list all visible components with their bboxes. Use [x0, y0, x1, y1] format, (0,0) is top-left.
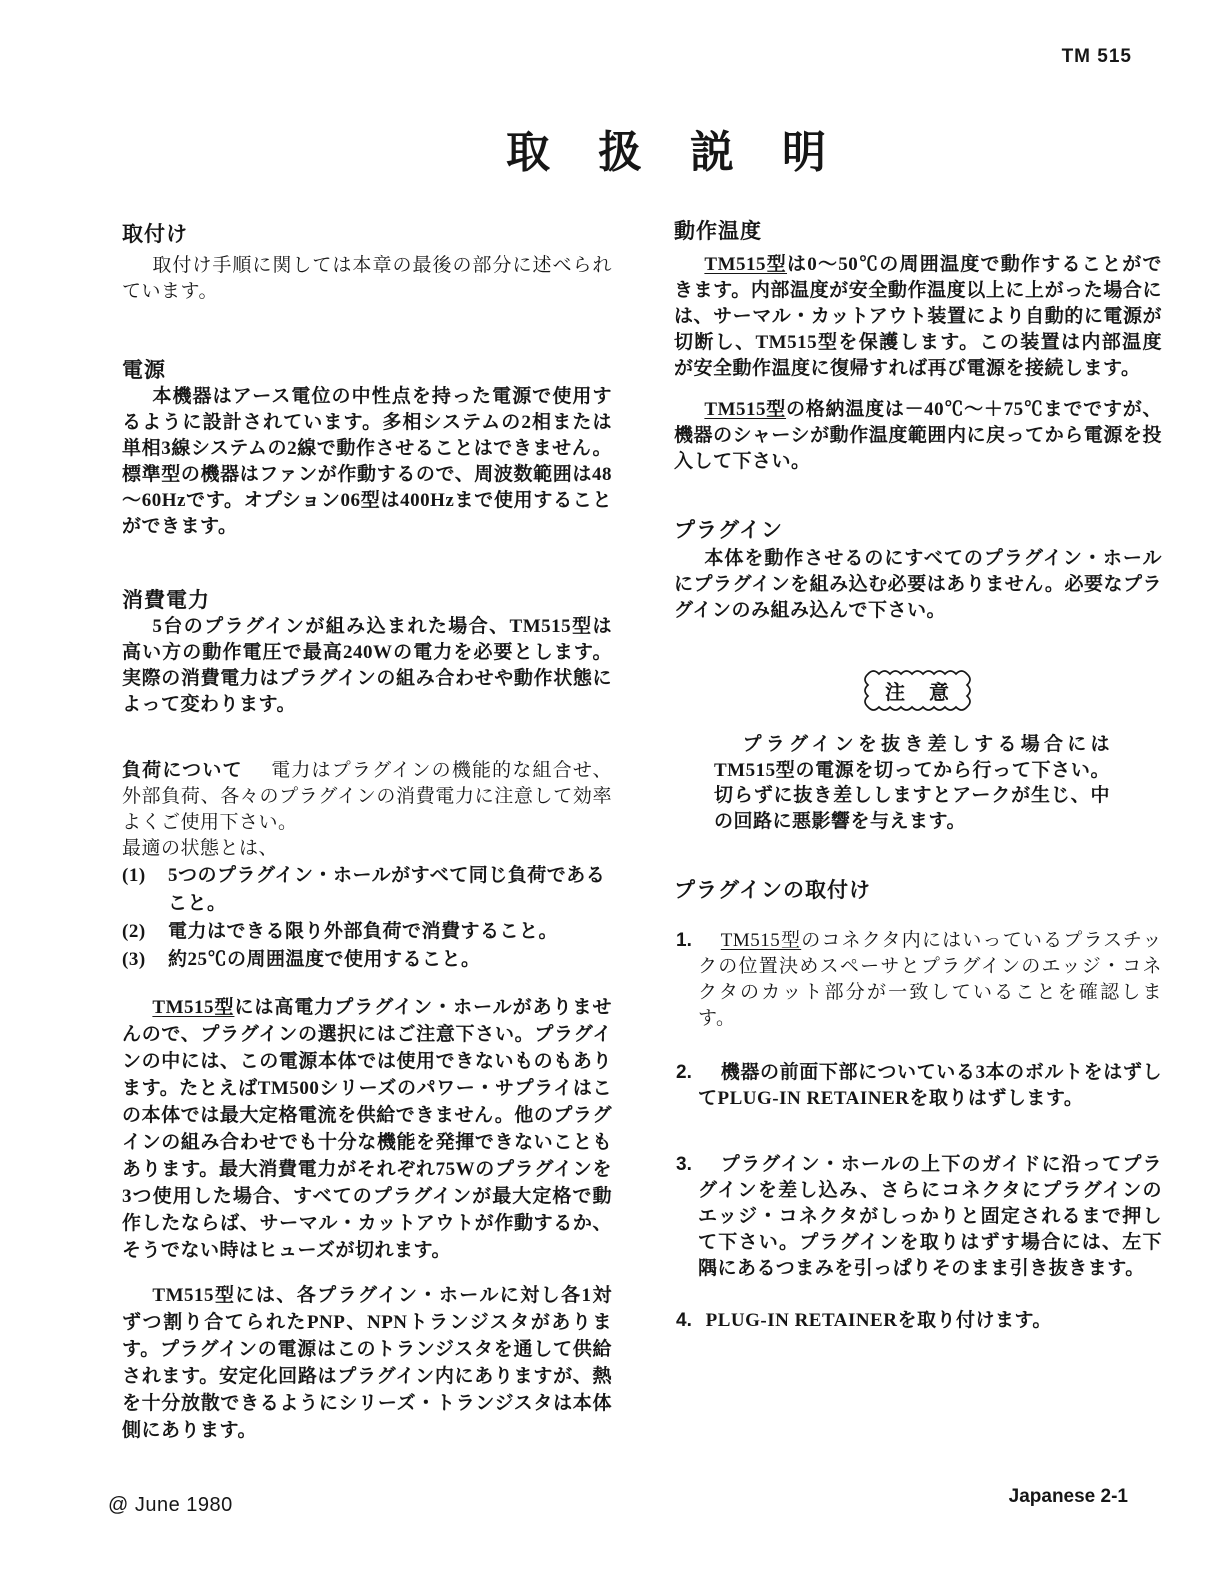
section-load: 負荷について電力はプラグインの機能的な組合せ、外部負荷、各々のプラグインの消費電…	[122, 758, 612, 974]
doc-number: TM 515	[1062, 46, 1132, 68]
step-number: 1.	[676, 928, 692, 954]
step-number: 2.	[676, 1060, 692, 1086]
paragraph-storage-temperature: TM515型の格納温度は－40℃～＋75℃までですが、機器のシャーシが動作温度範…	[674, 397, 1162, 475]
manual-page: TM 515 取 扱 説 明 取付け 取付け手順に関しては本章の最後の部分に述べ…	[0, 0, 1222, 1582]
list-item-number: (3)	[122, 946, 168, 974]
step-text: 機器の前面下部についている3本のボルトをはずしてPLUG-IN RETAINER…	[698, 1060, 1162, 1112]
section-heading-consumption: 消費電力	[122, 588, 612, 614]
install-step-3: 3. プラグイン・ホールの上下のガイドに沿ってプラグインを差し込み、さらにコネク…	[674, 1152, 1162, 1282]
step-text: PLUG-IN RETAINERを取り付けます。	[698, 1308, 1162, 1334]
left-column: 取付け 取付け手順に関しては本章の最後の部分に述べられています。 電源 本機器は…	[122, 222, 612, 1444]
step-text: プラグイン・ホールの上下のガイドに沿ってプラグインを差し込み、さらにコネクタにプ…	[698, 1152, 1162, 1282]
paragraph-consumption: 5台のプラグインが組み込まれた場合、TM515型は高い方の動作電圧で最高240W…	[122, 614, 612, 718]
install-step-4: 4. PLUG-IN RETAINERを取り付けます。	[674, 1308, 1162, 1334]
section-heading-plugin: プラグイン	[674, 518, 1162, 544]
section-heading-plugin-installation: プラグインの取付け	[674, 878, 1162, 904]
step-number: 3.	[676, 1152, 692, 1178]
list-item: (1) 5つのプラグイン・ホールがすべて同じ負荷であること。	[122, 862, 612, 918]
caution-label: 注 意	[860, 664, 976, 714]
section-plugin-installation: プラグインの取付け 1. TM515型のコネクタ内にはいっているプラスチックの位…	[674, 878, 1162, 1334]
section-consumption: 消費電力 5台のプラグインが組み込まれた場合、TM515型は高い方の動作電圧で最…	[122, 588, 612, 718]
paragraph-text: には高電力プラグイン・ホールがありませんので、プラグインの選択にはご注意下さい。…	[122, 997, 612, 1261]
list-item-number: (1)	[122, 862, 168, 918]
load-condition-list: (1) 5つのプラグイン・ホールがすべて同じ負荷であること。 (2) 電力はでき…	[122, 862, 612, 974]
footer-date: @ June 1980	[108, 1494, 233, 1517]
section-heading-operating-temperature: 動作温度	[674, 219, 1162, 245]
section-heading-power: 電源	[122, 358, 612, 384]
list-item-text: 約25℃の周囲温度で使用すること。	[168, 946, 612, 974]
paragraph-operating-temperature: TM515型は0～50℃の周囲温度で動作することができます。内部温度が安全動作温…	[674, 252, 1162, 382]
page-title: 取 扱 説 明	[506, 116, 828, 180]
section-plugin: プラグイン 本体を動作させるのにすべてのプラグイン・ホールにプラグインを組み込む…	[674, 518, 1162, 624]
section-heading-mounting: 取付け	[122, 222, 612, 248]
list-item: (2) 電力はできる限り外部負荷で消費すること。	[122, 918, 612, 946]
install-step-1: 1. TM515型のコネクタ内にはいっているプラスチックの位置決めスペーサとプラ…	[674, 928, 1162, 1032]
caution-box: 注 意	[860, 664, 976, 714]
section-power: 電源 本機器はアース電位の中性点を持った電源で使用するように設計されています。多…	[122, 358, 612, 540]
footer-page-number: Japanese 2-1	[1009, 1486, 1128, 1508]
install-step-2: 2. 機器の前面下部についている3本のボルトをはずしてPLUG-IN RETAI…	[674, 1060, 1162, 1112]
runin-heading-load: 負荷について	[122, 760, 243, 781]
paragraph-load-intro: 最適の状態とは、	[122, 836, 612, 862]
paragraph-caution: プラグインを抜き差しする場合にはTM515型の電源を切ってから行って下さい。切ら…	[714, 732, 1110, 834]
section-operating-temperature: 動作温度 TM515型は0～50℃の周囲温度で動作することができます。内部温度が…	[674, 219, 1162, 475]
right-column: 動作温度 TM515型は0～50℃の周囲温度で動作することができます。内部温度が…	[674, 219, 1162, 1334]
list-item-text: 5つのプラグイン・ホールがすべて同じ負荷であること。	[168, 862, 612, 918]
paragraph-transistors: TM515型には、各プラグイン・ホールに対し各1対ずつ割り合てられたPNP、NP…	[122, 1282, 612, 1444]
paragraph-load: 負荷について電力はプラグインの機能的な組合せ、外部負荷、各々のプラグインの消費電…	[122, 758, 612, 836]
step-text: TM515型のコネクタ内にはいっているプラスチックの位置決めスペーサとプラグイン…	[698, 928, 1162, 1032]
section-mounting: 取付け 取付け手順に関しては本章の最後の部分に述べられています。	[122, 222, 612, 305]
list-item-number: (2)	[122, 918, 168, 946]
model-number: TM515型	[704, 254, 787, 275]
paragraph-power: 本機器はアース電位の中性点を持った電源で使用するように設計されています。多相シス…	[122, 384, 612, 540]
list-item-text: 電力はできる限り外部負荷で消費すること。	[168, 918, 612, 946]
list-item: (3) 約25℃の周囲温度で使用すること。	[122, 946, 612, 974]
paragraph-plugin-selection: TM515型には高電力プラグイン・ホールがありませんので、プラグインの選択にはご…	[122, 994, 612, 1264]
model-number: TM515型	[152, 997, 234, 1018]
paragraph-mounting: 取付け手順に関しては本章の最後の部分に述べられています。	[122, 253, 612, 305]
step-number: 4.	[676, 1308, 692, 1334]
model-number: TM515型	[721, 930, 801, 951]
model-number: TM515型	[704, 399, 786, 420]
paragraph-plugin: 本体を動作させるのにすべてのプラグイン・ホールにプラグインを組み込む必要はありま…	[674, 546, 1162, 624]
